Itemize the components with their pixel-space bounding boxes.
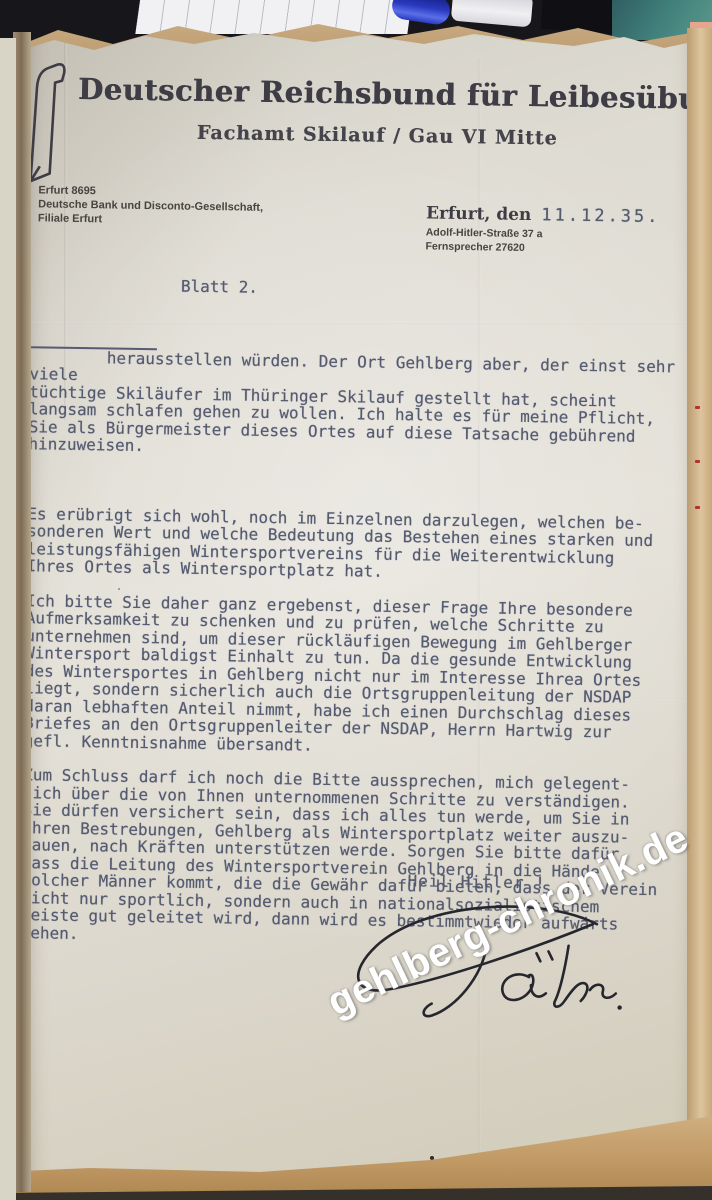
page-stack-right [687,28,712,1158]
sheet-label: Blatt 2. [181,277,258,297]
red-edge-mark [695,406,700,409]
red-edge-mark [695,506,700,509]
place-date-label: Erfurt, den [426,203,532,225]
paragraph-3: Ich bitte Sie daher ganz ergebenst, dies… [24,592,681,760]
phone-line: Fernsprecher 27620 [425,240,660,257]
underline-herausstellen [31,346,157,350]
letterhead-subtitle: Fachamt Skilauf / Gau VI Mitte [77,120,677,151]
paragraph-1-text: herausstellen würden. Der Ort Gehlberg a… [28,348,685,455]
paragraph-2: Es erübrigt sich wohl, noch im Einzelnen… [26,505,682,585]
red-edge-mark [695,460,700,463]
paragraph-1: herausstellen würden. Der Ort Gehlberg a… [28,330,685,498]
adjacent-page-edge [0,38,16,1200]
white-pen [451,0,533,27]
letterhead-title: Deutscher Reichsbund für Leibesübungen [78,72,678,115]
letterhead-bank-block: Erfurt 8695 Deutsche Bank und Disconto-G… [38,183,264,229]
letterhead-address-block: Erfurt, den11.12.35. Adolf-Hitler-Straße… [425,203,660,257]
letter-date: 11.12.35. [541,205,660,227]
